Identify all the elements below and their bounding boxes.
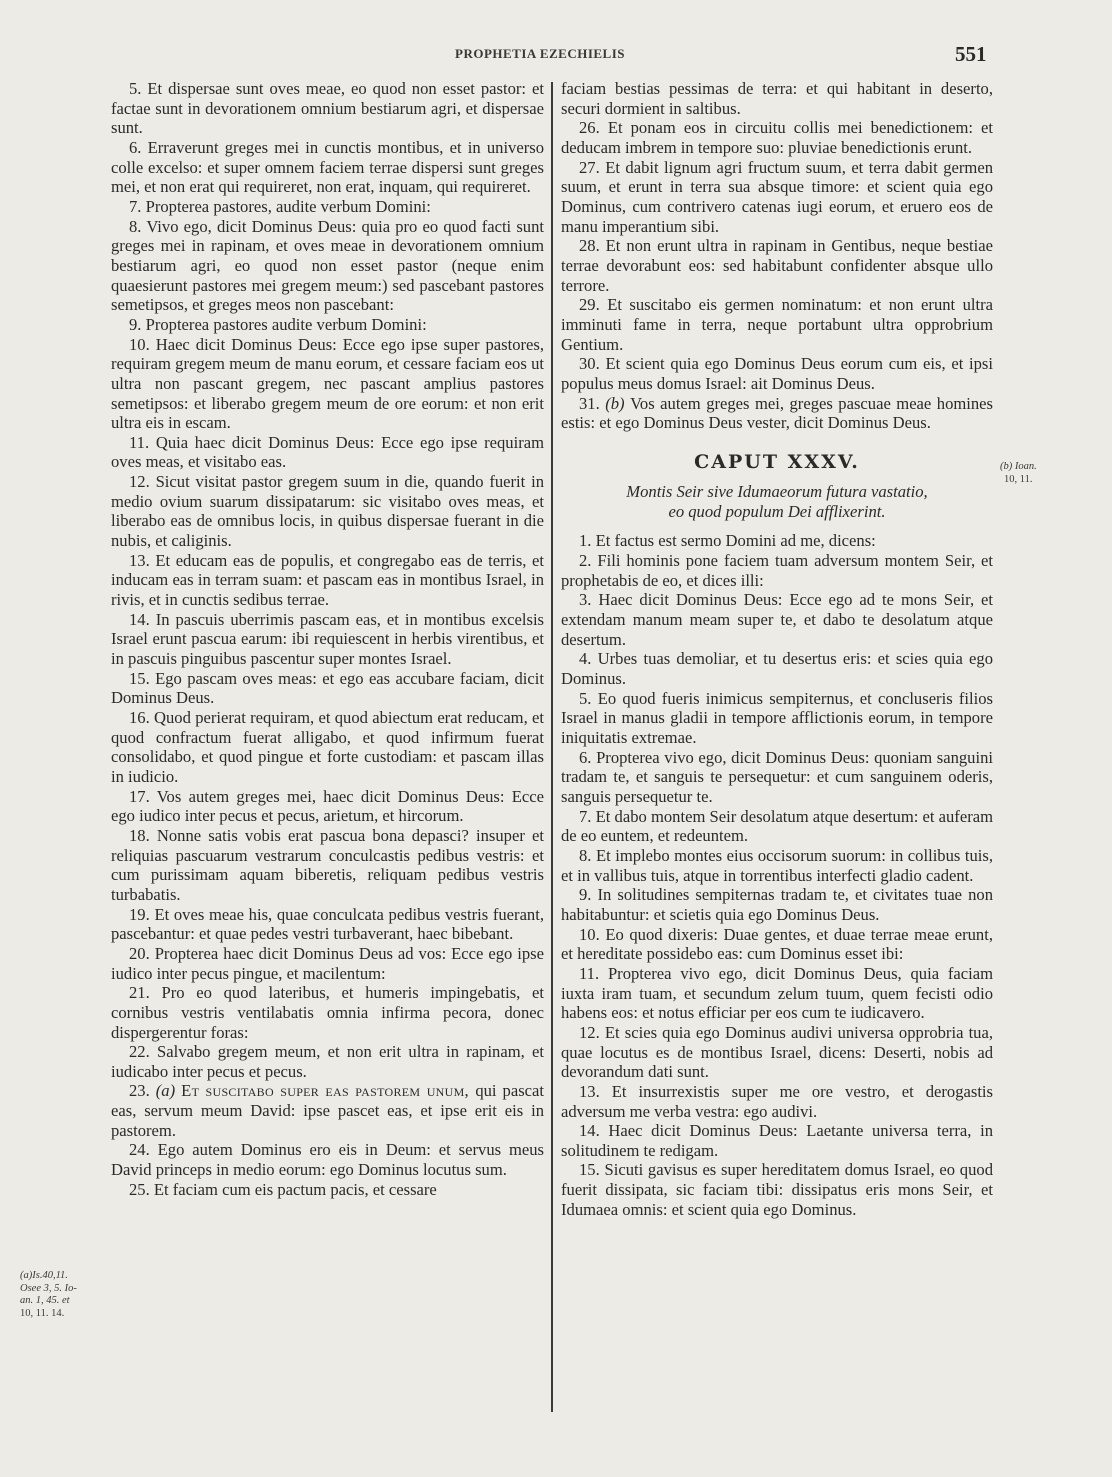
verse-text: Eo quod dixeris: Duae gentes, et duae te…: [561, 925, 993, 964]
verse-text: Et factus est sermo Domini ad me, dicens…: [596, 531, 876, 550]
verse: 8. Vivo ego, dicit Dominus Deus: quia pr…: [111, 217, 544, 315]
verse-text: Propterea vivo ego, dicit Dominus Deus, …: [561, 964, 993, 1022]
verse-text: Et dabit lignum agri fructum suum, et te…: [561, 158, 993, 236]
verses-chapter-35: 1. Et factus est sermo Domini ad me, dic…: [561, 531, 993, 1219]
verse-number: 8.: [129, 217, 146, 236]
verse: 6. Erraverunt greges mei in cunctis mont…: [111, 138, 544, 197]
verse: 30. Et scient quia ego Dominus Deus eoru…: [561, 354, 993, 393]
verse: 10. Haec dicit Dominus Deus: Ecce ego ip…: [111, 335, 544, 433]
footnote-marker: (b): [605, 394, 630, 413]
verse-number: 20.: [129, 944, 155, 963]
verse: 5. Et dispersae sunt oves meae, eo quod …: [111, 79, 544, 138]
verse-text: Pro eo quod lateribus, et humeris imping…: [111, 983, 544, 1041]
verse: 25. Et faciam cum eis pactum pacis, et c…: [111, 1180, 544, 1200]
verse-number: 7.: [579, 807, 596, 826]
footnote-marker: (a): [156, 1081, 181, 1100]
chapter-summary-line: eo quod populum Dei afflixerint.: [561, 502, 993, 522]
verse-number: 13.: [579, 1082, 612, 1101]
verse: 9. Propterea pastores audite verbum Domi…: [111, 315, 544, 335]
verse-text: Quod perierat requiram, et quod abiectum…: [111, 708, 544, 786]
verse-text: Sicut visitat pastor gregem suum in die,…: [111, 472, 544, 550]
verse: 1. Et factus est sermo Domini ad me, dic…: [561, 531, 993, 551]
note-marker: (b): [1000, 461, 1012, 472]
verse-text: Haec dicit Dominus Deus: Ecce ego ad te …: [561, 590, 993, 648]
verse-number: 12.: [579, 1023, 605, 1042]
verse: 11. Propterea vivo ego, dicit Dominus De…: [561, 964, 993, 1023]
verse-number: 9.: [579, 885, 598, 904]
verse-number: 7.: [129, 197, 146, 216]
left-column: 5. Et dispersae sunt oves meae, eo quod …: [111, 79, 544, 1199]
verse-number: 19.: [129, 905, 154, 924]
verse: 15. Ego pascam oves meas: et ego eas acc…: [111, 669, 544, 708]
verse: 23. (a) Et suscitabo super eas pastorem …: [111, 1081, 544, 1140]
verse-text: Propterea haec dicit Dominus Deus ad vos…: [111, 944, 544, 983]
note-marker: (a): [20, 1270, 32, 1281]
verse: 28. Et non erunt ultra in rapinam in Gen…: [561, 236, 993, 295]
chapter-summary: Montis Seir sive Idumaeorum futura vasta…: [561, 482, 993, 522]
verse-text: Et dispersae sunt oves meae, eo quod non…: [111, 79, 544, 137]
verse-number: 8.: [579, 846, 596, 865]
note-ref: Ioan.: [1015, 461, 1037, 472]
note-ref: 10, 11. 14.: [20, 1308, 100, 1321]
verse: 13. Et educam eas de populis, et congreg…: [111, 551, 544, 610]
note-ref: 10, 11.: [1000, 474, 1080, 487]
verse-number: 11.: [579, 964, 608, 983]
verse: 6. Propterea vivo ego, dicit Dominus Deu…: [561, 748, 993, 807]
verse: 5. Eo quod fueris inimicus sempiternus, …: [561, 689, 993, 748]
verse-text: Haec dicit Dominus Deus: Laetante univer…: [561, 1121, 993, 1160]
margin-note-a: (a)Is.40,11. Osee 3, 5. Io- an. 1, 45. e…: [20, 1270, 100, 1320]
verse-number: 16.: [129, 708, 154, 727]
verse: 14. In pascuis uberrimis pascam eas, et …: [111, 610, 544, 669]
verse-text: Et non erunt ultra in rapinam in Gentibu…: [561, 236, 993, 294]
verse-number: 4.: [579, 649, 598, 668]
verse-text: Vivo ego, dicit Dominus Deus: quia pro e…: [111, 217, 544, 315]
chapter-summary-line: Montis Seir sive Idumaeorum futura vasta…: [561, 482, 993, 502]
margin-note-b: (b) Ioan. 10, 11.: [1000, 461, 1080, 486]
verse-number: 3.: [579, 590, 598, 609]
verse-number: 22.: [129, 1042, 157, 1061]
verse-number: 17.: [129, 787, 157, 806]
verse: 7. Propterea pastores, audite verbum Dom…: [111, 197, 544, 217]
verse-number: 29.: [579, 295, 607, 314]
verse: 12. Sicut visitat pastor gregem suum in …: [111, 472, 544, 551]
note-ref: Osee 3, 5. Io-: [20, 1283, 100, 1296]
verse-number: 30.: [579, 354, 605, 373]
verse-text: Fili hominis pone faciem tuam adversum m…: [561, 551, 993, 590]
verse-text: Et educam eas de populis, et congregabo …: [111, 551, 544, 609]
continued-verse: faciam bestias pessimas de terra: et qui…: [561, 79, 993, 118]
verse: 21. Pro eo quod lateribus, et humeris im…: [111, 983, 544, 1042]
verse-number: 27.: [579, 158, 605, 177]
verse-text: Et scient quia ego Dominus Deus eorum cu…: [561, 354, 993, 393]
verse-number: 11.: [129, 433, 156, 452]
verse-text: Et ponam eos in circuitu collis mei bene…: [561, 118, 993, 157]
verse-number: 23.: [129, 1081, 156, 1100]
verse: 14. Haec dicit Dominus Deus: Laetante un…: [561, 1121, 993, 1160]
verse: 16. Quod perierat requiram, et quod abie…: [111, 708, 544, 787]
verse: 27. Et dabit lignum agri fructum suum, e…: [561, 158, 993, 237]
verse-number: 14.: [579, 1121, 608, 1140]
verse: 26. Et ponam eos in circuitu collis mei …: [561, 118, 993, 157]
verse-text: Ego pascam oves meas: et ego eas accubar…: [111, 669, 544, 708]
verse: 15. Sicuti gavisus es super hereditatem …: [561, 1160, 993, 1219]
verse: 13. Et insurrexistis super me ore vestro…: [561, 1082, 993, 1121]
verse-number: 5.: [579, 689, 598, 708]
verse-text: In pascuis uberrimis pascam eas, et in m…: [111, 610, 544, 668]
verse-number: 13.: [129, 551, 155, 570]
verse-text: Haec dicit Dominus Deus: Ecce ego ipse s…: [111, 335, 544, 433]
verse-number: 10.: [129, 335, 156, 354]
verse-text: Salvabo gregem meum, et non erit ultra i…: [111, 1042, 544, 1081]
note-ref: Is.40,11.: [32, 1270, 68, 1281]
note-ref: an. 1, 45. et: [20, 1295, 100, 1308]
column-divider: [551, 82, 553, 1412]
verse-number: 21.: [129, 983, 161, 1002]
verse: 3. Haec dicit Dominus Deus: Ecce ego ad …: [561, 590, 993, 649]
verse-number: 28.: [579, 236, 606, 255]
verse-text: Et faciam cum eis pactum pacis, et cessa…: [154, 1180, 437, 1199]
book-page: PROPHETIA EZECHIELIS 551 5. Et dispersae…: [0, 0, 1112, 1477]
verse-number: 9.: [129, 315, 146, 334]
verse-text: Propterea vivo ego, dicit Dominus Deus: …: [561, 748, 993, 806]
verse-text: In solitudines sempiternas tradam te, et…: [561, 885, 993, 924]
verse-emphasis: Et suscitabo super eas pastorem unum,: [181, 1081, 475, 1100]
verse-number: 15.: [579, 1160, 604, 1179]
verse-number: 25.: [129, 1180, 154, 1199]
verse: 31. (b) Vos autem greges mei, greges pas…: [561, 394, 993, 433]
verse: 2. Fili hominis pone faciem tuam adversu…: [561, 551, 993, 590]
verse-text: Et dabo montem Seir desolatum atque dese…: [561, 807, 993, 846]
verse: 19. Et oves meae his, quae conculcata pe…: [111, 905, 544, 944]
verse-text: Sicuti gavisus es super hereditatem domu…: [561, 1160, 993, 1218]
verse-text: Et suscitabo eis germen nominatum: et no…: [561, 295, 993, 353]
verse-text: Nonne satis vobis erat pascua bona depas…: [111, 826, 544, 904]
verse-text: Erraverunt greges mei in cunctis montibu…: [111, 138, 544, 196]
verse-number: 10.: [579, 925, 605, 944]
verse-number: 5.: [129, 79, 147, 98]
verses-chapter-34: 26. Et ponam eos in circuitu collis mei …: [561, 118, 993, 433]
verse: 18. Nonne satis vobis erat pascua bona d…: [111, 826, 544, 905]
verse-text: Propterea pastores audite verbum Domini:: [146, 315, 427, 334]
verse-text: Vos autem greges mei, haec dicit Dominus…: [111, 787, 544, 826]
verse-number: 31.: [579, 394, 605, 413]
verse-number: 1.: [579, 531, 596, 550]
verse-number: 2.: [579, 551, 597, 570]
right-column: faciam bestias pessimas de terra: et qui…: [561, 79, 993, 1219]
running-title: PROPHETIA EZECHIELIS: [455, 46, 625, 62]
verse-text: Ego autem Dominus ero eis in Deum: et se…: [111, 1140, 544, 1179]
verse-text: Propterea pastores, audite verbum Domini…: [146, 197, 431, 216]
verse-text: Et scies quia ego Dominus audivi univers…: [561, 1023, 993, 1081]
verse: 11. Quia haec dicit Dominus Deus: Ecce e…: [111, 433, 544, 472]
verse-text: Quia haec dicit Dominus Deus: Ecce ego i…: [111, 433, 544, 472]
verse-number: 12.: [129, 472, 156, 491]
page-number: 551: [955, 42, 987, 67]
verse-number: 18.: [129, 826, 157, 845]
verse-number: 6.: [129, 138, 148, 157]
verse-number: 26.: [579, 118, 608, 137]
verse: 20. Propterea haec dicit Dominus Deus ad…: [111, 944, 544, 983]
verse: 29. Et suscitabo eis germen nominatum: e…: [561, 295, 993, 354]
verse: 7. Et dabo montem Seir desolatum atque d…: [561, 807, 993, 846]
verse-text: Urbes tuas demoliar, et tu desertus eris…: [561, 649, 993, 688]
verse-number: 15.: [129, 669, 155, 688]
verse: 9. In solitudines sempiternas tradam te,…: [561, 885, 993, 924]
verse-text: Et oves meae his, quae conculcata pedibu…: [111, 905, 544, 944]
verse-text: Et insurrexistis super me ore vestro, et…: [561, 1082, 993, 1121]
verse-text: Et implebo montes eius occisorum suorum:…: [561, 846, 993, 885]
verse: 24. Ego autem Dominus ero eis in Deum: e…: [111, 1140, 544, 1179]
verse-number: 24.: [129, 1140, 158, 1159]
verse: 10. Eo quod dixeris: Duae gentes, et dua…: [561, 925, 993, 964]
verse-number: 6.: [579, 748, 596, 767]
verse: 17. Vos autem greges mei, haec dicit Dom…: [111, 787, 544, 826]
verse: 4. Urbes tuas demoliar, et tu desertus e…: [561, 649, 993, 688]
verse: 8. Et implebo montes eius occisorum suor…: [561, 846, 993, 885]
verse-text: Eo quod fueris inimicus sempiternus, et …: [561, 689, 993, 747]
verse-number: 14.: [129, 610, 156, 629]
verse: 22. Salvabo gregem meum, et non erit ult…: [111, 1042, 544, 1081]
chapter-title: CAPUT XXXV.: [561, 453, 993, 473]
verse: 12. Et scies quia ego Dominus audivi uni…: [561, 1023, 993, 1082]
